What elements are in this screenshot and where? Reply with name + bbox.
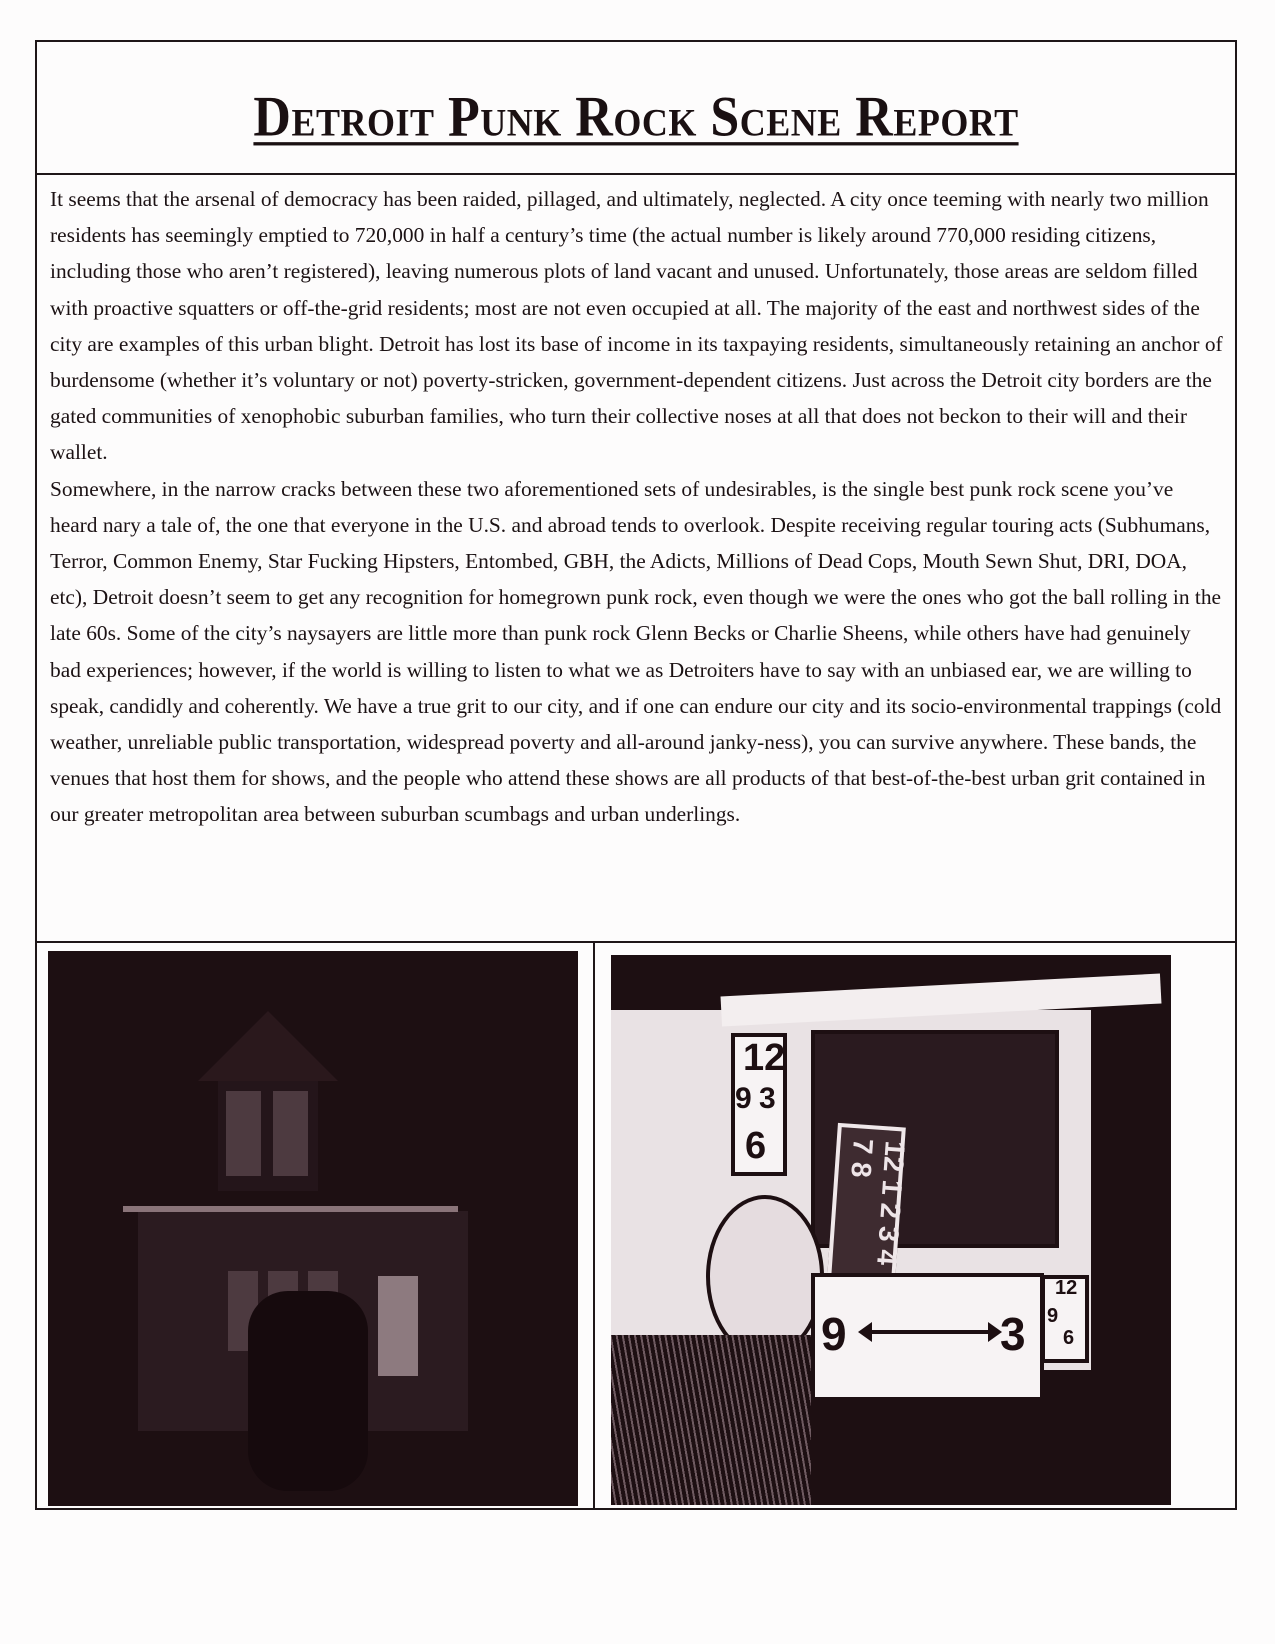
house-roof: [198, 1011, 338, 1081]
clock-round: [706, 1195, 824, 1358]
page-title: Detroit Punk Rock Scene Report: [253, 65, 1018, 150]
photo-painted-clocks: 12 9 3 6 12 1 2 3 4 5 6 7 8 9 3 12 9 6: [611, 955, 1171, 1505]
house-upper-story: [218, 1081, 318, 1191]
clock-number: 12: [1055, 1277, 1077, 1300]
photo-divider: [593, 943, 595, 1508]
double-arrow-icon: [870, 1330, 990, 1334]
article-body: It seems that the arsenal of democracy h…: [37, 175, 1235, 943]
page-frame: Detroit Punk Rock Scene Report It seems …: [35, 40, 1237, 1510]
title-box: Detroit Punk Rock Scene Report: [37, 42, 1235, 175]
clock-sign-9-to-3: 9 3: [811, 1273, 1044, 1401]
porch-beam: [123, 1206, 458, 1212]
bush: [248, 1291, 368, 1491]
clock-number: 12: [743, 1037, 785, 1080]
clock-number: 3: [1000, 1307, 1026, 1361]
clock-sign-tall: 12 9 3 6: [731, 1033, 787, 1176]
house-door: [378, 1276, 418, 1376]
house-window: [273, 1091, 308, 1176]
weeds: [611, 1335, 811, 1505]
photo-house-at-night: [48, 951, 578, 1506]
clock-number: 9: [1047, 1305, 1058, 1328]
paragraph-2: Somewhere, in the narrow cracks between …: [50, 471, 1223, 833]
clock-number: 9: [735, 1082, 752, 1116]
clock-number: 3: [759, 1082, 776, 1116]
house-window: [226, 1091, 261, 1176]
clock-number: 9: [821, 1307, 847, 1361]
clock-sign-small: 12 9 6: [1041, 1275, 1089, 1363]
clock-number: 6: [1063, 1327, 1074, 1350]
paragraph-1: It seems that the arsenal of democracy h…: [50, 181, 1223, 471]
photo-section: 12 9 3 6 12 1 2 3 4 5 6 7 8 9 3 12 9 6: [37, 943, 1235, 1508]
clock-number: 6: [745, 1125, 766, 1168]
